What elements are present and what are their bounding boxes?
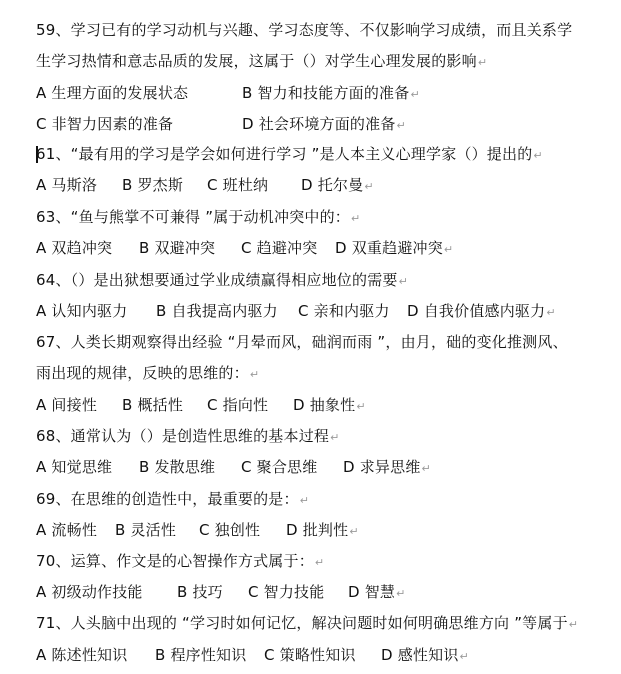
question-59-line-1: 59、学习已有的学习动机与兴趣、学习态度等、不仅影响学习成绩，而且关系学 bbox=[36, 19, 572, 41]
option-d: D 自我价值感内驱力↵ bbox=[407, 300, 556, 324]
question-59-line-2: 生学习热情和意志品质的发展，这属于（）对学生心理发展的影响↵ bbox=[36, 50, 487, 72]
paragraph-mark-icon: ↵ bbox=[478, 56, 487, 69]
paragraph-mark-icon: ↵ bbox=[546, 306, 555, 319]
option-d: D 社会环境方面的准备↵ bbox=[242, 113, 406, 137]
option-b: B 智力和技能方面的准备↵ bbox=[242, 82, 420, 106]
question-68-line-1: 68、通常认为（）是创造性思维的基本过程↵ bbox=[36, 425, 340, 447]
option-c: C 策略性知识 bbox=[264, 644, 356, 666]
option-d: D 求异思维↵ bbox=[343, 456, 431, 480]
option-b: B 技巧 bbox=[177, 581, 223, 603]
option-c: C 指向性 bbox=[207, 394, 268, 416]
paragraph-mark-icon: ↵ bbox=[410, 88, 419, 101]
paragraph-mark-icon: ↵ bbox=[399, 275, 408, 288]
paragraph-mark-icon: ↵ bbox=[397, 119, 406, 132]
option-b: B 自我提高内驱力 bbox=[156, 300, 278, 322]
option-d: D 感性知识↵ bbox=[381, 644, 469, 668]
option-a: A 陈述性知识 bbox=[36, 644, 127, 666]
option-d: D 批判性↵ bbox=[286, 519, 359, 543]
option-c: C 班杜纳 bbox=[207, 174, 268, 196]
question-63-line-1: 63、“鱼与熊掌不可兼得 ”属于动机冲突中的：↵ bbox=[36, 206, 360, 228]
paragraph-mark-icon: ↵ bbox=[533, 149, 542, 162]
option-d: D 托尔曼↵ bbox=[301, 174, 374, 198]
question-67-line-1: 67、人类长期观察得出经验 “月晕而风，础润而雨 ”，由月，础的变化推测风、 bbox=[36, 331, 568, 353]
option-d: D 双重趋避冲突↵ bbox=[335, 237, 453, 261]
question-71-line-1: 71、人头脑中出现的 “学习时如何记忆，解决问题时如何明确思维方向 ”等属于↵ bbox=[36, 612, 578, 634]
option-c: C 亲和内驱力 bbox=[298, 300, 390, 322]
question-61-line-1[interactable]: 61、“最有用的学习是学会如何进行学习 ”是人本主义心理学家（）提出的↵ bbox=[36, 143, 543, 165]
option-d: D 抽象性↵ bbox=[293, 394, 366, 418]
paragraph-mark-icon: ↵ bbox=[250, 368, 259, 381]
paragraph-mark-icon: ↵ bbox=[460, 650, 469, 663]
question-69-line-1: 69、在思维的创造性中，最重要的是：↵ bbox=[36, 488, 309, 510]
paragraph-mark-icon: ↵ bbox=[356, 400, 365, 413]
paragraph-mark-icon: ↵ bbox=[349, 525, 358, 538]
option-b: B 罗杰斯 bbox=[122, 174, 183, 196]
paragraph-mark-icon: ↵ bbox=[444, 243, 453, 256]
option-c: C 独创性 bbox=[199, 519, 260, 541]
option-d: D 智慧↵ bbox=[348, 581, 406, 605]
option-a: A 知觉思维 bbox=[36, 456, 112, 478]
option-a: A 马斯洛 bbox=[36, 174, 97, 196]
question-64-line-1: 64、（）是出狱想要通过学业成绩赢得相应地位的需要↵ bbox=[36, 269, 408, 291]
paragraph-mark-icon: ↵ bbox=[422, 462, 431, 475]
paragraph-mark-icon: ↵ bbox=[315, 556, 324, 569]
option-b: B 程序性知识 bbox=[155, 644, 246, 666]
question-67-line-2: 雨出现的规律，反映的思维的：↵ bbox=[36, 362, 259, 384]
option-b: B 发散思维 bbox=[139, 456, 215, 478]
option-c: C 非智力因素的准备 bbox=[36, 113, 173, 135]
question-70-line-1: 70、运算、作文是的心智操作方式属于：↵ bbox=[36, 550, 324, 572]
option-a: A 流畅性 bbox=[36, 519, 97, 541]
option-a: A 认知内驱力 bbox=[36, 300, 127, 322]
paragraph-mark-icon: ↵ bbox=[396, 587, 405, 600]
option-a: A 间接性 bbox=[36, 394, 97, 416]
paragraph-mark-icon: ↵ bbox=[351, 212, 360, 225]
option-a: A 生理方面的发展状态 bbox=[36, 82, 188, 104]
paragraph-mark-icon: ↵ bbox=[300, 494, 309, 507]
option-c: C 聚合思维 bbox=[241, 456, 317, 478]
option-c: C 趋避冲突 bbox=[241, 237, 317, 259]
paragraph-mark-icon: ↵ bbox=[569, 618, 578, 631]
option-a: A 初级动作技能 bbox=[36, 581, 143, 603]
option-c: C 智力技能 bbox=[248, 581, 324, 603]
option-b: B 灵活性 bbox=[115, 519, 176, 541]
option-b: B 概括性 bbox=[122, 394, 183, 416]
document-page: 59、学习已有的学习动机与兴趣、学习态度等、不仅影响学习成绩，而且关系学 生学习… bbox=[0, 0, 621, 674]
option-b: B 双避冲突 bbox=[139, 237, 215, 259]
paragraph-mark-icon: ↵ bbox=[330, 431, 339, 444]
option-a: A 双趋冲突 bbox=[36, 237, 112, 259]
paragraph-mark-icon: ↵ bbox=[364, 180, 373, 193]
